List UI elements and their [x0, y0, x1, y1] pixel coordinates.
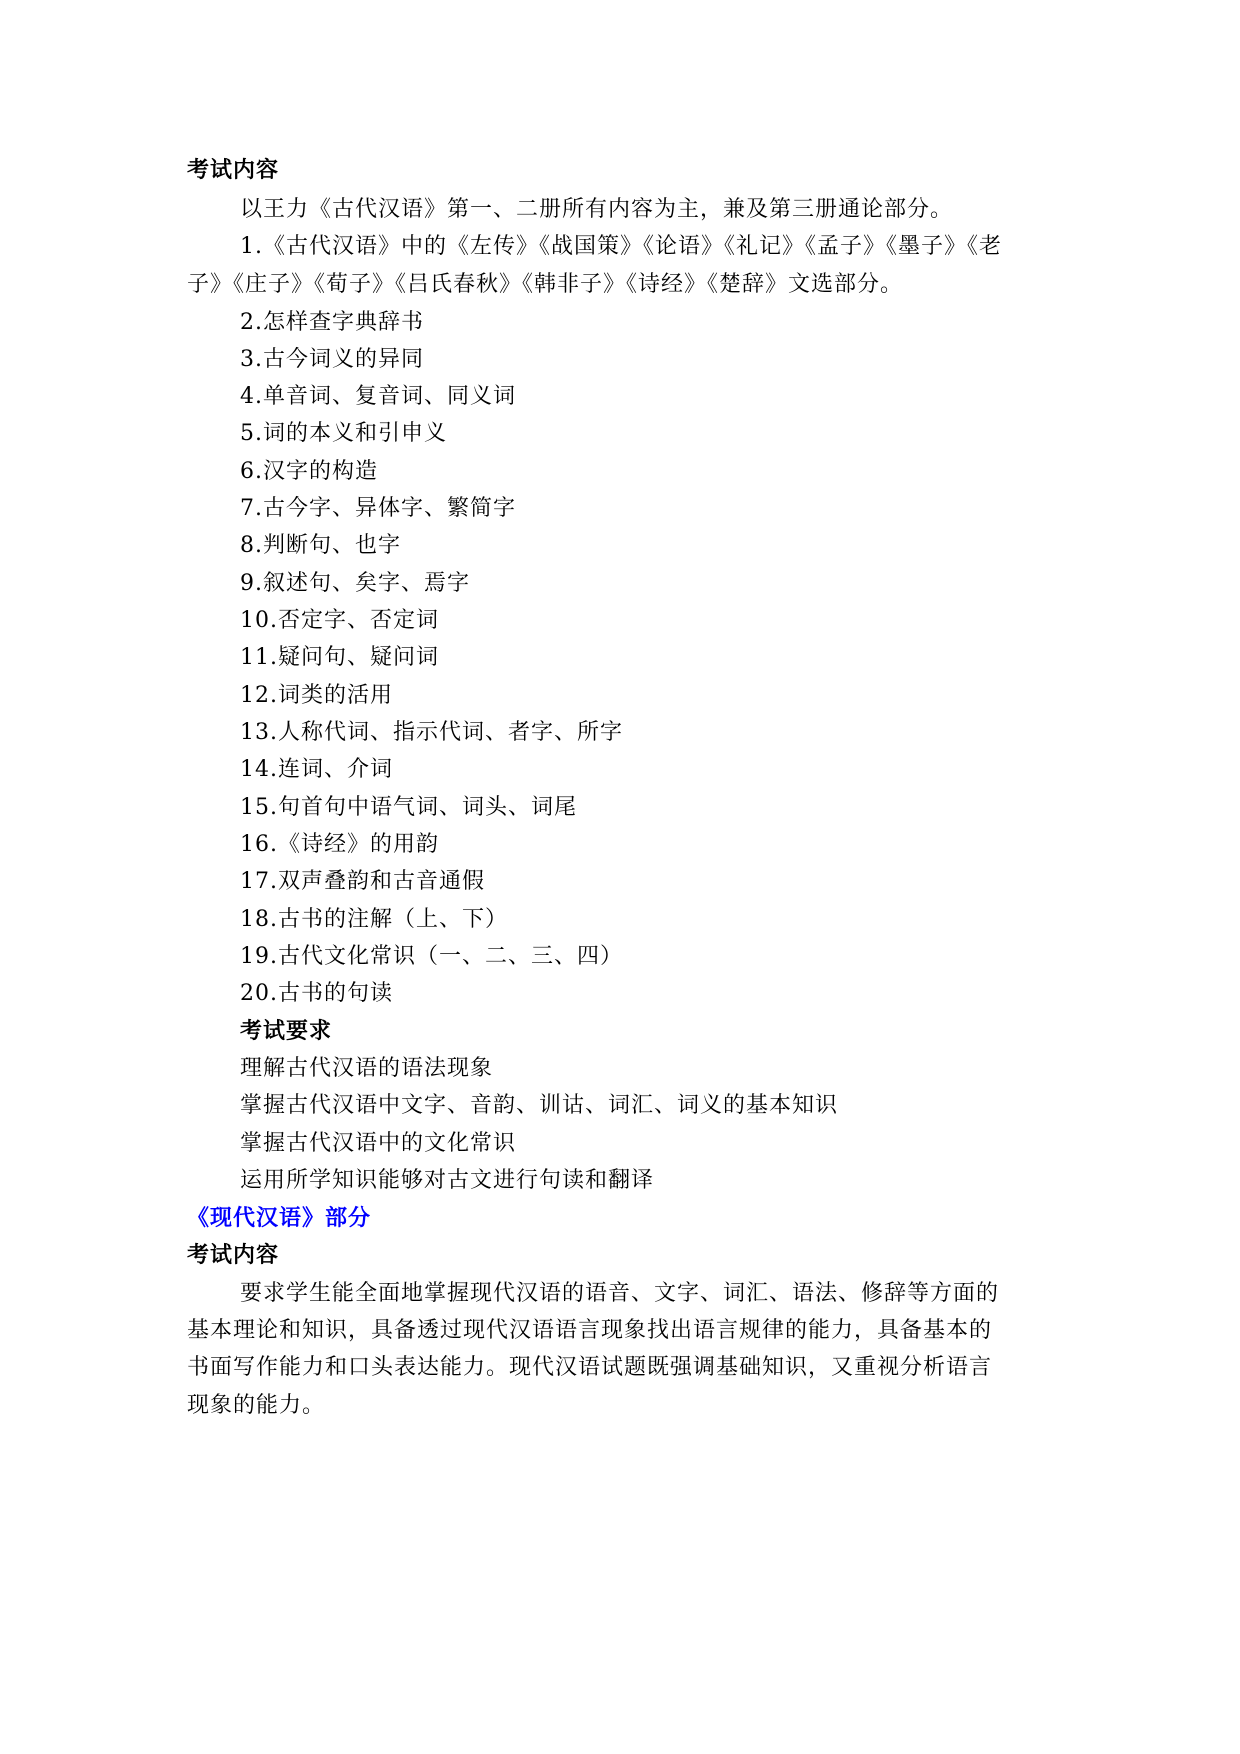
list-item: 14.连词、介词 — [240, 757, 393, 783]
document-page: 考试内容 以王力《古代汉语》第一、二册所有内容为主，兼及第三册通论部分。 1.《… — [0, 0, 1240, 1754]
paragraph-line: 现象的能力。 — [187, 1393, 325, 1419]
list-item: 10.否定字、否定词 — [240, 608, 439, 634]
list-item: 15.句首句中语气词、词头、词尾 — [240, 795, 577, 821]
list-item: 9.叙述句、矣字、焉字 — [240, 571, 470, 597]
list-item: 11.疑问句、疑问词 — [240, 645, 439, 671]
requirement-item: 运用所学知识能够对古文进行句读和翻译 — [240, 1168, 654, 1194]
list-item: 7.古今字、异体字、繁简字 — [240, 496, 516, 522]
heading-exam-requirements: 考试要求 — [240, 1019, 332, 1045]
paragraph-line: 要求学生能全面地掌握现代汉语的语音、文字、词汇、语法、修辞等方面的 — [240, 1281, 999, 1307]
list-item: 12.词类的活用 — [240, 683, 393, 709]
list-item: 19.古代文化常识（一、二、三、四） — [240, 944, 623, 970]
intro-paragraph: 以王力《古代汉语》第一、二册所有内容为主，兼及第三册通论部分。 — [240, 197, 953, 223]
list-item: 6.汉字的构造 — [240, 459, 378, 485]
requirement-item: 掌握古代汉语中文字、音韵、训诂、词汇、词义的基本知识 — [240, 1093, 838, 1119]
requirement-item: 理解古代汉语的语法现象 — [240, 1056, 493, 1082]
paragraph-line: 基本理论和知识，具备透过现代汉语语言现象找出语言规律的能力，具备基本的 — [187, 1318, 992, 1344]
list-item: 18.古书的注解（上、下） — [240, 907, 508, 933]
list-item: 13.人称代词、指示代词、者字、所字 — [240, 720, 623, 746]
list-item: 3.古今词义的异同 — [240, 347, 424, 373]
list-item: 5.词的本义和引申义 — [240, 421, 447, 447]
list-item: 4.单音词、复音词、同义词 — [240, 384, 516, 410]
section-title-modern-chinese: 《现代汉语》部分 — [187, 1206, 371, 1232]
heading-exam-content: 考试内容 — [187, 158, 279, 184]
heading-exam-content-2: 考试内容 — [187, 1243, 279, 1269]
list-item: 16.《诗经》的用韵 — [240, 832, 439, 858]
requirement-item: 掌握古代汉语中的文化常识 — [240, 1131, 516, 1157]
list-item: 2.怎样查字典辞书 — [240, 310, 424, 336]
list-item: 8.判断句、也字 — [240, 533, 401, 559]
list-item-1-line1: 1.《古代汉语》中的《左传》《战国策》《论语》《礼记》《孟子》《墨子》《老 — [240, 234, 1002, 260]
list-item: 20.古书的句读 — [240, 981, 393, 1007]
list-item: 17.双声叠韵和古音通假 — [240, 869, 485, 895]
paragraph-line: 书面写作能力和口头表达能力。现代汉语试题既强调基础知识，又重视分析语言 — [187, 1355, 992, 1381]
list-item-1-line2: 子》《庄子》《荀子》《吕氏春秋》《韩非子》《诗经》《楚辞》文选部分。 — [187, 272, 903, 298]
